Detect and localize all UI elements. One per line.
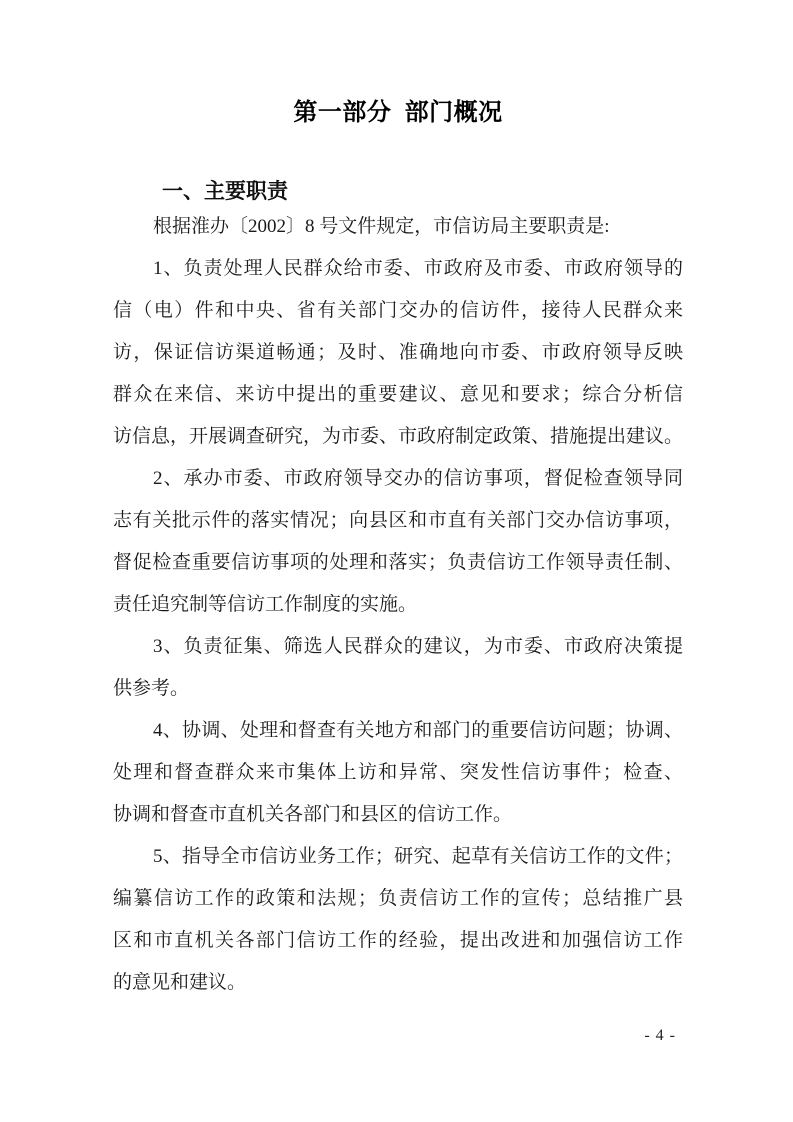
document-content: 第一部分 部门概况 一、主要职责 根据淮办〔2002〕8 号文件规定，市信访局主…	[113, 0, 683, 1004]
text-line: 5、指导全市信访业务工作；研究、起草有关信访工作的文件；	[113, 836, 683, 878]
text-line: 访，保证信访渠道畅通；及时、准确地向市委、市政府领导反映	[113, 332, 683, 374]
text-line: 责任追究制等信访工作制度的实施。	[113, 584, 683, 626]
text-line: 协调和督查市直机关各部门和县区的信访工作。	[113, 794, 683, 836]
text-line: 信（电）件和中央、省有关部门交办的信访件，接待人民群众来	[113, 290, 683, 332]
text-line: 4、协调、处理和督查有关地方和部门的重要信访问题；协调、	[113, 710, 683, 752]
text-line: 编纂信访工作的政策和法规；负责信访工作的宣传；总结推广县	[113, 878, 683, 920]
page-number: - 4 -	[644, 1027, 676, 1045]
text-line: 督促检查重要信访事项的处理和落实；负责信访工作领导责任制、	[113, 542, 683, 584]
text-line: 供参考。	[113, 668, 683, 710]
text-line: 访信息，开展调查研究，为市委、市政府制定政策、措施提出建议。	[113, 416, 683, 458]
text-line: 志有关批示件的落实情况；向县区和市直有关部门交办信访事项，	[113, 500, 683, 542]
document-title: 第一部分 部门概况	[113, 98, 683, 128]
text-line: 1、负责处理人民群众给市委、市政府及市委、市政府领导的	[113, 248, 683, 290]
text-line: 处理和督查群众来市集体上访和异常、突发性信访事件；检查、	[113, 752, 683, 794]
text-line: 区和市直机关各部门信访工作的经验，提出改进和加强信访工作	[113, 920, 683, 962]
text-line: 2、承办市委、市政府领导交办的信访事项，督促检查领导同	[113, 458, 683, 500]
section-heading: 一、主要职责	[113, 178, 683, 206]
text-line: 的意见和建议。	[113, 962, 683, 1004]
text-line: 根据淮办〔2002〕8 号文件规定，市信访局主要职责是:	[113, 206, 683, 248]
text-line: 3、负责征集、筛选人民群众的建议，为市委、市政府决策提	[113, 626, 683, 668]
document-body: 根据淮办〔2002〕8 号文件规定，市信访局主要职责是:1、负责处理人民群众给市…	[113, 206, 683, 1004]
document-page: 第一部分 部门概况 一、主要职责 根据淮办〔2002〕8 号文件规定，市信访局主…	[0, 0, 793, 1122]
text-line: 群众在来信、来访中提出的重要建议、意见和要求；综合分析信	[113, 374, 683, 416]
